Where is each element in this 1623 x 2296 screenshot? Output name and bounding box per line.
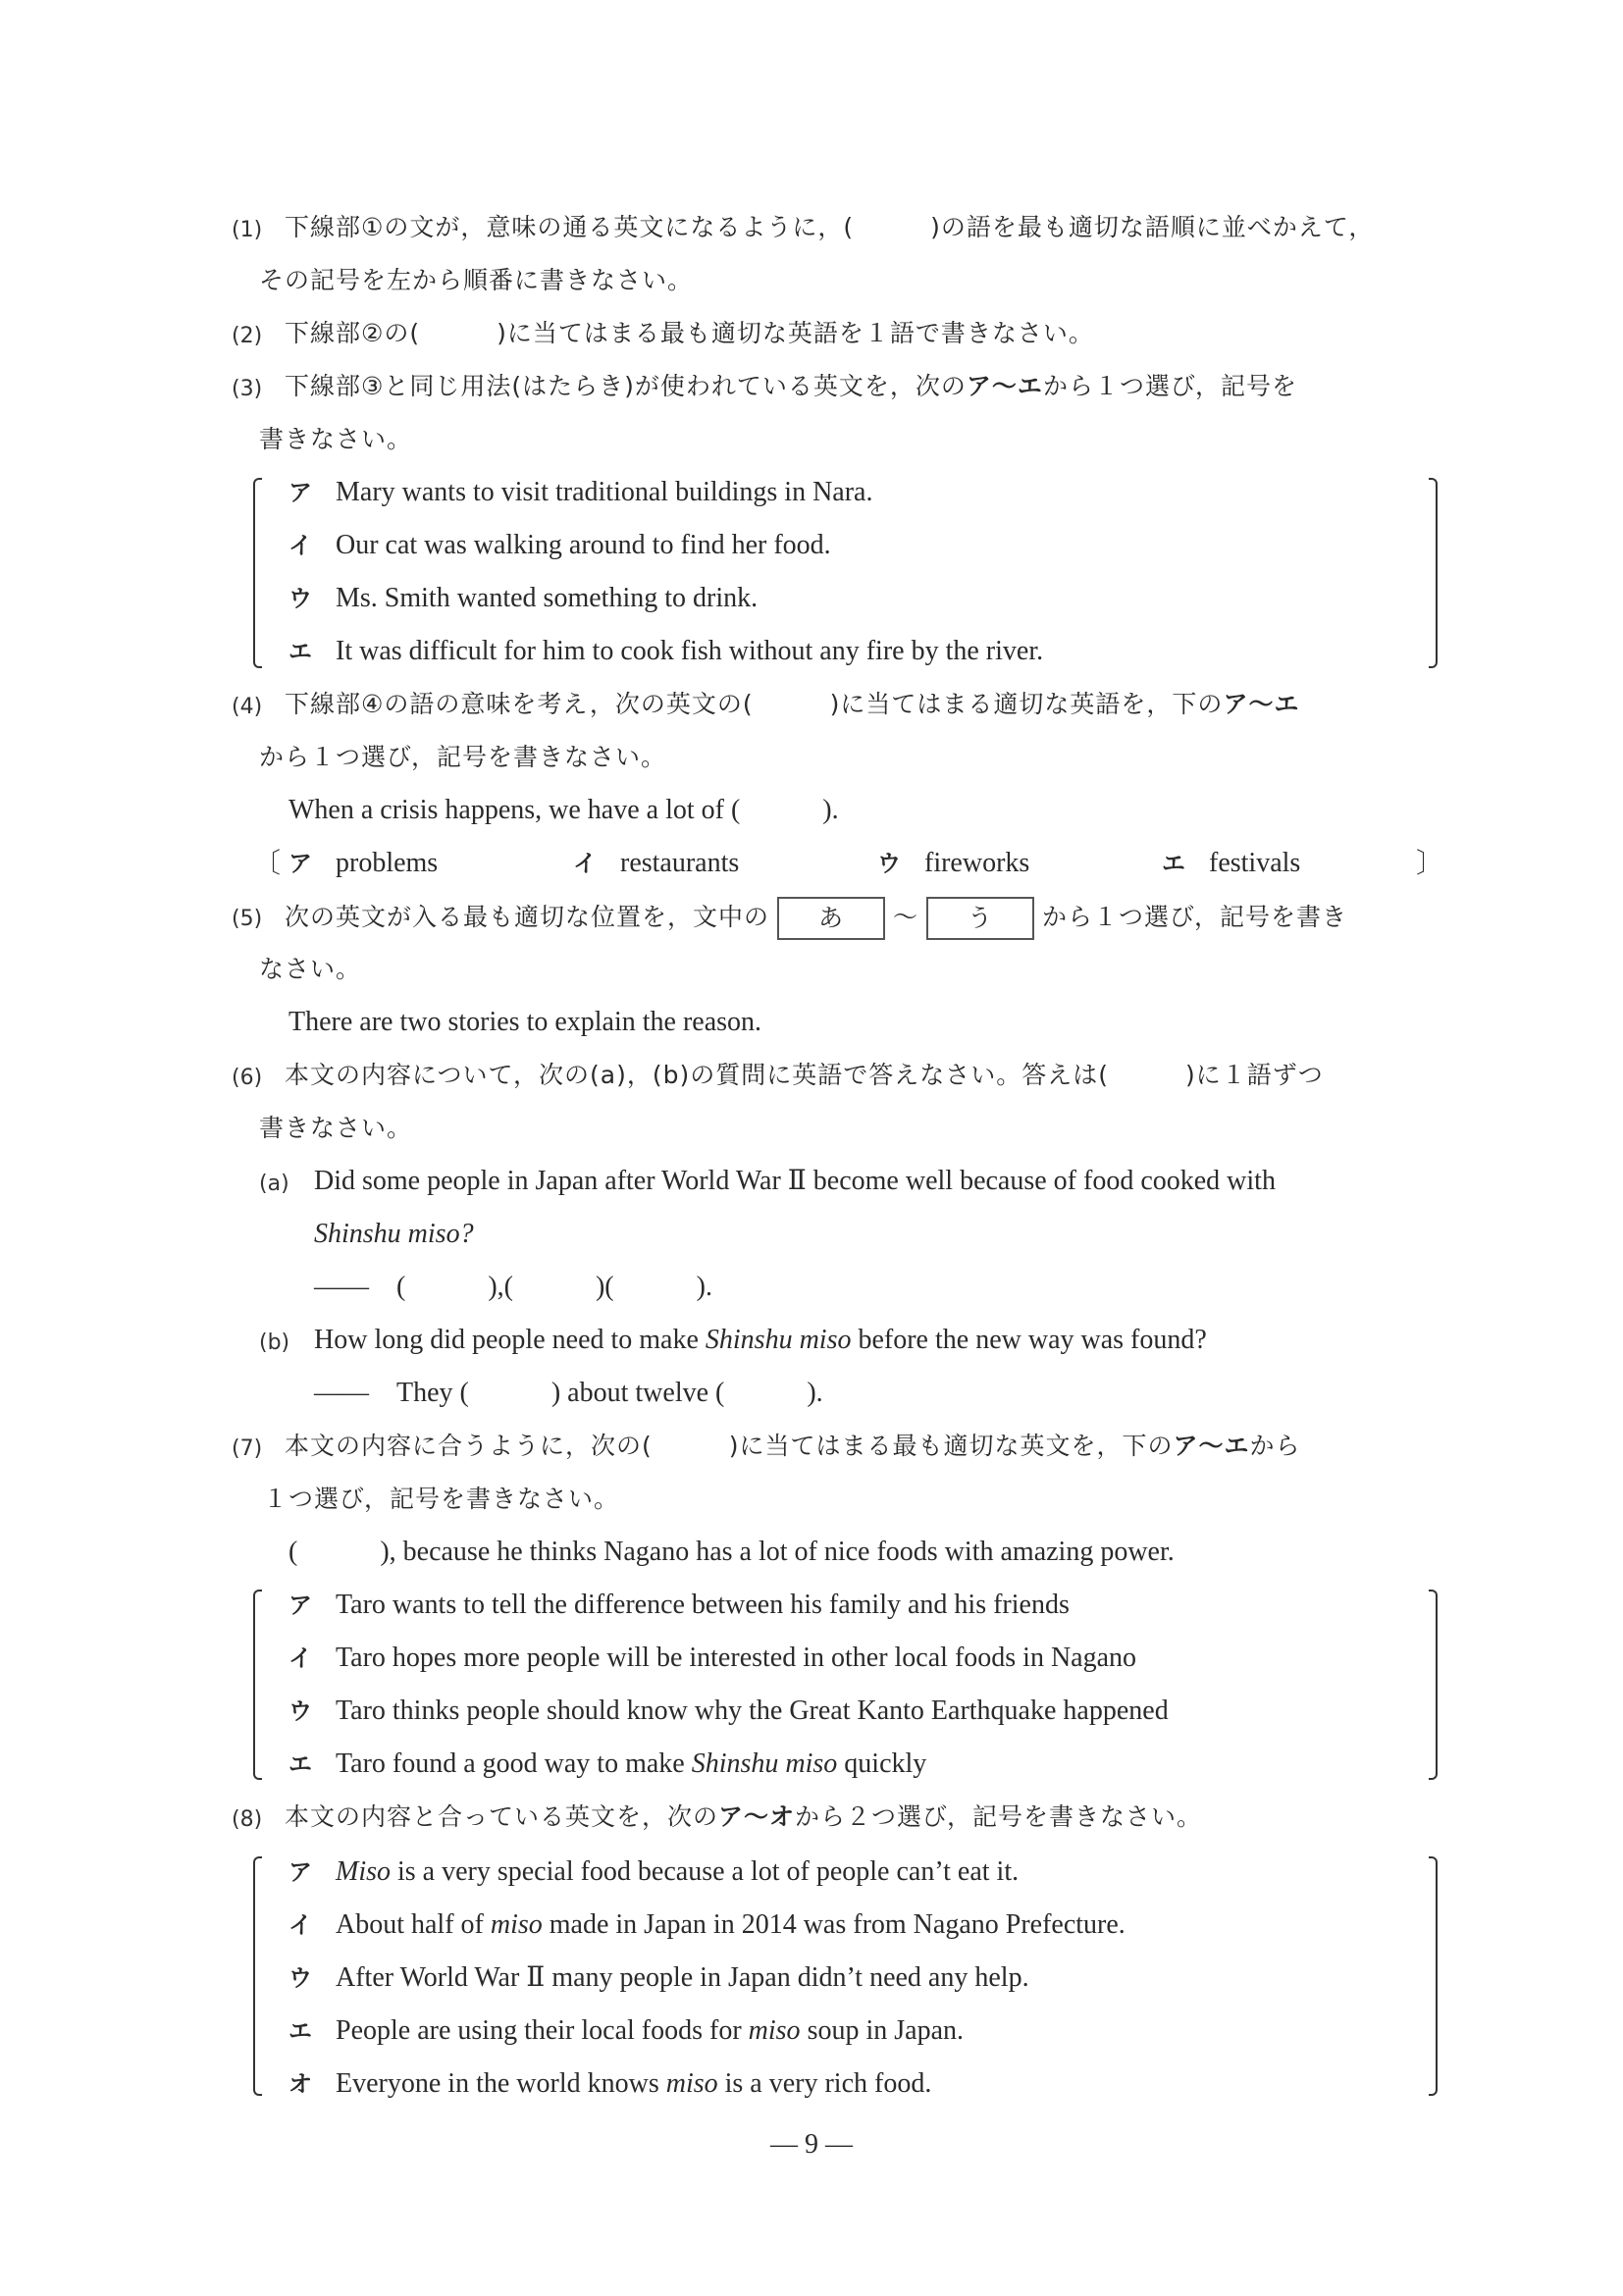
question-number: (7) [232,1436,262,1461]
text: made in Japan in 2014 was from Nagano Pr… [543,1909,1126,1940]
text: から１つ選び，記号を [1043,372,1297,400]
question-text: 下線部④の語の意味を考え，次の英文の( )に当てはまる適切な英語を，下のア～エ [285,685,1299,724]
text: miso [491,1909,543,1940]
option-mark: ア [288,1586,336,1625]
option-mark: ウ [877,844,924,883]
question-text: 本文の内容と合っている英文を，次のア～オから２つ選び，記号を書きなさい。 [285,1798,1202,1837]
option-c: ウfireworks [877,844,1029,883]
sub-question-label: (a) [259,1172,289,1196]
option-d: エPeople are using their local foods for … [288,2011,964,2051]
text: How long did people need to make [314,1325,706,1355]
question-text: 下線部②の( )に当てはまる最も適切な英語を１語で書きなさい。 [285,314,1094,353]
option-text: restaurants [620,848,739,878]
option-a: アMary wants to visit traditional buildin… [288,473,872,512]
text: Shinshu miso [706,1325,852,1355]
option-mark: イ [573,844,620,883]
text: Taro found a good way to make [336,1748,692,1779]
option-text: Mary wants to visit traditional building… [336,477,872,507]
left-bracket [253,1856,262,2096]
question-number: (2) [232,324,262,348]
option-text: festivals [1209,848,1300,878]
left-bracket [253,1590,262,1780]
text: About half of [336,1909,491,1940]
sub-question-text: Did some people in Japan after World War… [314,1162,1276,1201]
text: Everyone in the world knows [336,2068,666,2099]
option-mark: エ [1162,844,1209,883]
right-bracket: 〕 [1416,844,1443,883]
text: Shinshu miso? [314,1219,474,1249]
option-mark: オ [288,2064,336,2104]
answer-template: —— They ( ) about twelve ( ). [314,1374,823,1413]
option-mark: エ [288,2011,336,2051]
text: miso [749,2015,801,2046]
position-box-u: う [926,897,1034,940]
option-mark: イ [288,1905,336,1945]
sub-question-label: (b) [259,1331,289,1355]
option-text: fireworks [924,848,1029,878]
text: People are using their local foods for [336,2015,749,2046]
text: before the new way was found? [851,1325,1206,1355]
option-a: アproblems [288,844,438,883]
text: After World War Ⅱ many people in Japan d… [336,1962,1029,1993]
question-text: その記号を左から順番に書きなさい。 [259,261,693,300]
question-text: なさい。 [259,950,361,989]
text: quickly [837,1748,926,1779]
question-text: 下線部①の文が，意味の通る英文になるように，( )の語を最も適切な語順に並べかえ… [285,208,1374,247]
question-text: 書きなさい。 [259,1109,412,1148]
question-text: 本文の内容について，次の(a)，(b)の質問に英語で答えなさい。答えは( )に１… [285,1056,1324,1095]
question-number: (8) [232,1807,262,1832]
choice-range: ア～エ [1174,1432,1250,1460]
text: から [1250,1432,1301,1460]
target-sentence: When a crisis happens, we have a lot of … [288,791,839,830]
option-d: エTaro found a good way to make Shinshu m… [288,1745,926,1784]
answer-template: —— ( ),( )( ). [314,1268,712,1307]
question-number: (6) [232,1066,262,1090]
option-a: アMiso is a very special food because a l… [288,1852,1019,1892]
option-b: イOur cat was walking around to find her … [288,526,831,565]
text: 下線部③と同じ用法(はたらき)が使われている英文を，次の [285,372,967,400]
option-text: It was difficult for him to cook fish wi… [336,636,1043,666]
option-d: エIt was difficult for him to cook fish w… [288,632,1043,671]
option-text: Our cat was walking around to find her f… [336,530,831,560]
text: soup in Japan. [801,2015,964,2046]
option-mark: ア [288,1852,336,1892]
question-text: 下線部③と同じ用法(はたらき)が使われている英文を，次のア～エから１つ選び，記号… [285,367,1297,406]
text: 下線部④の語の意味を考え，次の英文の( )に当てはまる適切な英語を，下の [285,690,1223,718]
option-c: ウMs. Smith wanted something to drink. [288,579,758,618]
position-box-a: あ [777,897,885,940]
choice-range: ア～オ [718,1802,795,1831]
option-text: Taro thinks people should know why the G… [336,1696,1169,1726]
text: is a very special food because a lot of … [391,1856,1019,1887]
question-text: １つ選び，記号を書きなさい。 [263,1480,619,1519]
question-text: から１つ選び，記号を書きなさい。 [259,738,666,777]
option-mark: イ [288,1639,336,1678]
option-mark: ウ [288,579,336,618]
page-number: — 9 — [0,2129,1623,2161]
question-number: (3) [232,377,262,401]
text: 次の英文が入る最も適切な位置を，文中の [285,903,769,931]
tilde: ～ [893,903,918,931]
option-d: エfestivals [1162,844,1300,883]
text: Miso [336,1856,391,1887]
target-sentence: There are two stories to explain the rea… [288,1003,761,1042]
option-b: イrestaurants [573,844,739,883]
option-mark: イ [288,526,336,565]
question-text: 書きなさい。 [259,420,412,459]
question-text: 次の英文が入る最も適切な位置を，文中のあ～うから１つ選び，記号を書き [285,897,1347,940]
choice-range: ア～エ [967,372,1043,400]
text: 本文の内容に合うように，次の( )に当てはまる最も適切な英文を，下の [285,1432,1174,1460]
option-e: オEveryone in the world knows miso is a v… [288,2064,931,2104]
sub-question-text: Shinshu miso? [314,1215,474,1254]
text: から２つ選び，記号を書きなさい。 [795,1802,1202,1831]
text: から１つ選び，記号を書き [1042,903,1347,931]
option-text: Taro hopes more people will be intereste… [336,1643,1136,1673]
target-sentence: ( ), because he thinks Nagano has a lot … [288,1533,1175,1572]
option-mark: エ [288,632,336,671]
question-number: (1) [232,218,262,242]
option-mark: ア [288,473,336,512]
option-mark: エ [288,1745,336,1784]
choice-range: ア～エ [1223,690,1299,718]
option-mark: ウ [288,1958,336,1998]
option-b: イTaro hopes more people will be interest… [288,1639,1136,1678]
right-bracket [1429,1590,1438,1780]
left-bracket [253,478,262,668]
option-a: アTaro wants to tell the difference betwe… [288,1586,1070,1625]
option-c: ウAfter World War Ⅱ many people in Japan … [288,1958,1029,1998]
option-text: Taro wants to tell the difference betwee… [336,1590,1070,1620]
option-mark: ウ [288,1692,336,1731]
text: 本文の内容と合っている英文を，次の [285,1802,718,1831]
option-b: イAbout half of miso made in Japan in 201… [288,1905,1126,1945]
option-mark: ア [288,844,336,883]
question-text: 本文の内容に合うように，次の( )に当てはまる最も適切な英文を，下のア～エから [285,1427,1301,1466]
text: is a very rich food. [718,2068,932,2099]
sub-question-text: How long did people need to make Shinshu… [314,1321,1207,1360]
right-bracket [1429,478,1438,668]
option-c: ウTaro thinks people should know why the … [288,1692,1169,1731]
question-number: (5) [232,907,262,931]
right-bracket [1429,1856,1438,2096]
option-text: problems [336,848,438,878]
left-bracket: 〔 [253,844,281,883]
option-text: Ms. Smith wanted something to drink. [336,583,758,613]
text: Shinshu miso [692,1748,838,1779]
question-number: (4) [232,695,262,719]
text: miso [666,2068,718,2099]
